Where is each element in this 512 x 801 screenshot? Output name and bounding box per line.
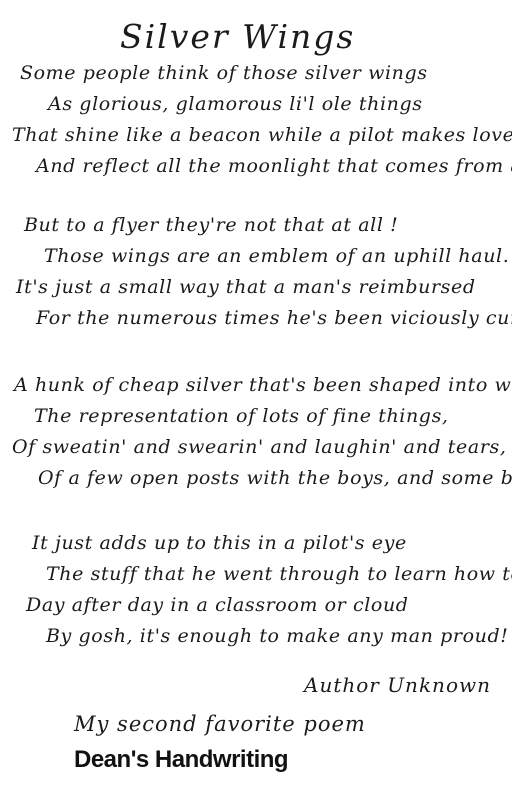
poem-line: That shine like a beacon while a pilot m… xyxy=(12,120,502,151)
personal-note: My second favorite poem xyxy=(12,709,502,740)
handwriting-caption: Dean's Handwriting xyxy=(12,746,502,774)
poem-line: It's just a small way that a man's reimb… xyxy=(12,272,502,303)
poem-line: By gosh, it's enough to make any man pro… xyxy=(12,621,502,652)
poem-line: It just adds up to this in a pilot's eye xyxy=(12,528,502,559)
poem-line: A hunk of cheap silver that's been shape… xyxy=(12,370,502,401)
poem-line: Day after day in a classroom or cloud xyxy=(12,590,502,621)
poem-line: Some people think of those silver wings xyxy=(12,58,502,89)
poem-line: But to a flyer they're not that at all ! xyxy=(12,210,502,241)
poem-line: The representation of lots of fine thing… xyxy=(12,401,502,432)
author-attribution: Author Unknown xyxy=(12,670,502,701)
stanza-2: But to a flyer they're not that at all !… xyxy=(12,210,502,334)
poem-line: Of sweatin' and swearin' and laughin' an… xyxy=(12,432,502,463)
poem-line: As glorious, glamorous li'l ole things xyxy=(12,89,502,120)
poem-line: And reflect all the moonlight that comes… xyxy=(12,151,502,182)
stanza-4: It just adds up to this in a pilot's eye… xyxy=(12,528,502,652)
poem-title: Silver Wings xyxy=(12,16,502,58)
poem-line: The stuff that he went through to learn … xyxy=(12,559,502,590)
poem-line: For the numerous times he's been vicious… xyxy=(12,303,502,334)
poem-line: Of a few open posts with the boys, and s… xyxy=(12,463,502,494)
poem-line: Those wings are an emblem of an uphill h… xyxy=(12,241,502,272)
stanza-3: A hunk of cheap silver that's been shape… xyxy=(12,370,502,494)
scanned-poem-page: Silver Wings Some people think of those … xyxy=(0,0,512,801)
stanza-1: Some people think of those silver wings … xyxy=(12,58,502,182)
